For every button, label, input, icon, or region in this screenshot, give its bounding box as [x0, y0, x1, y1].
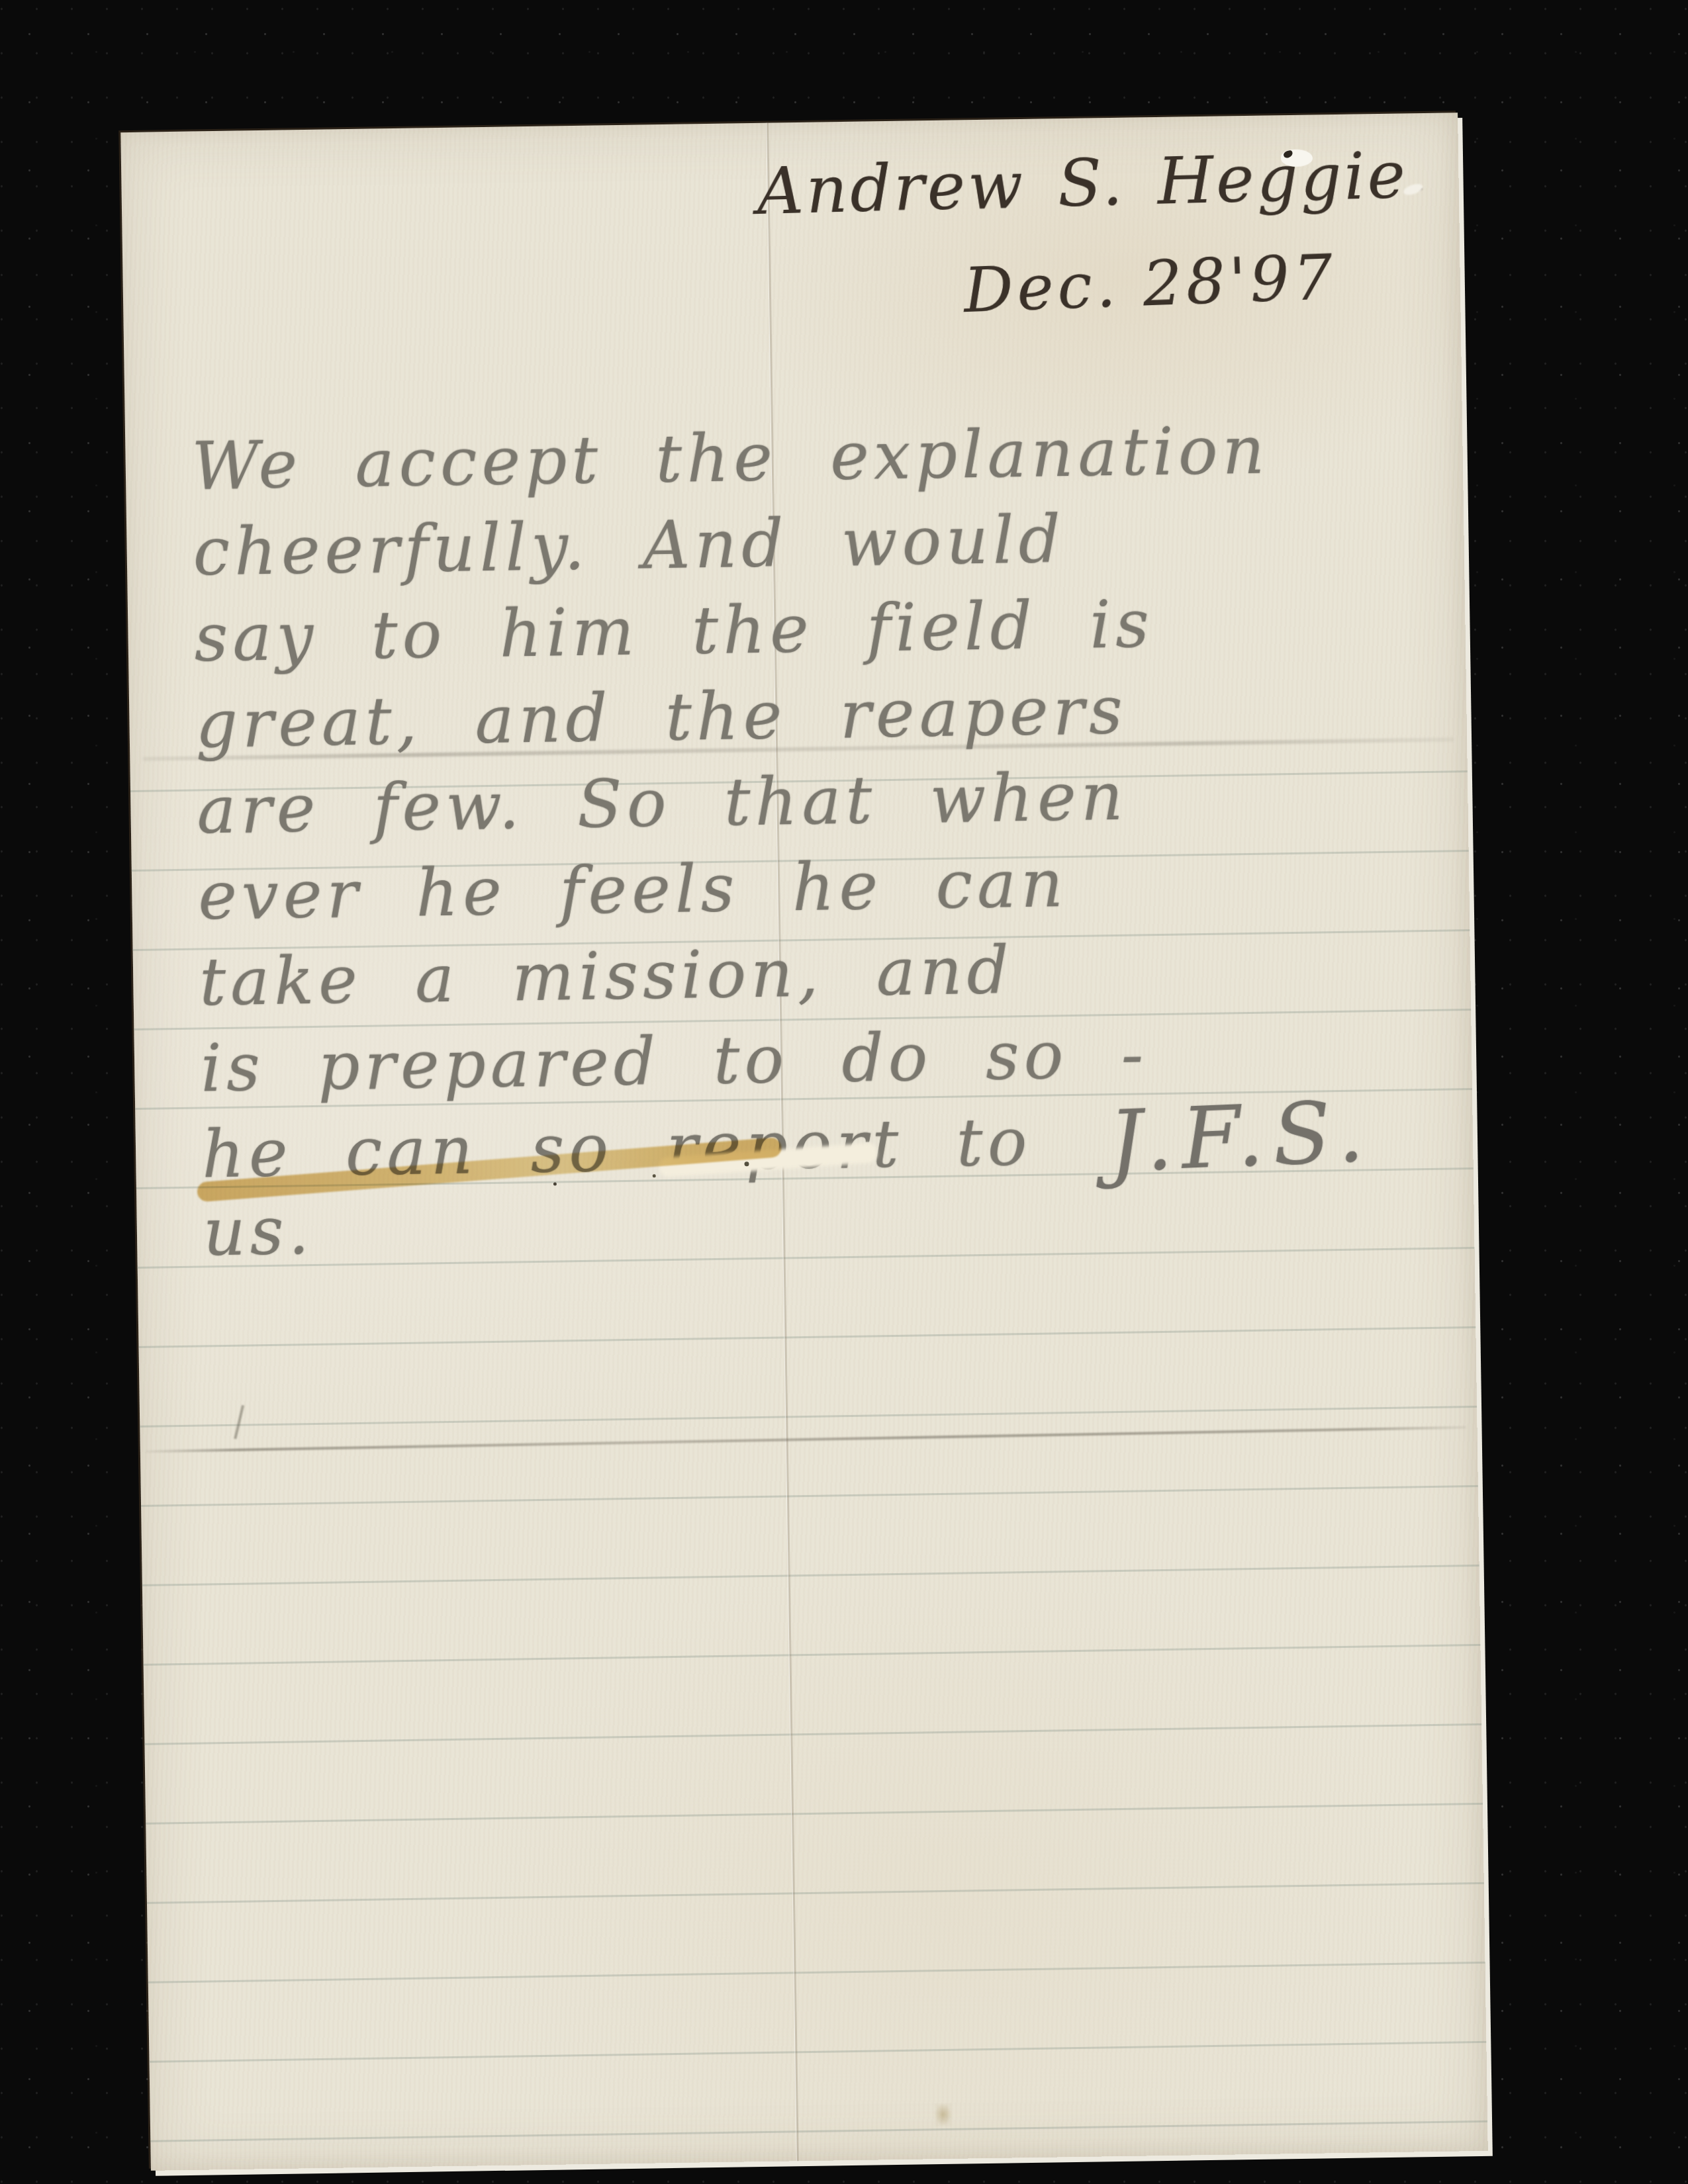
body-line-3: say to him the field is [194, 582, 1154, 682]
annotation-name: Andrew S. Heggie [756, 138, 1409, 229]
body-line-7: take a mission, and [199, 928, 1013, 1026]
body-line-4: great, and the reapers [195, 668, 1128, 768]
annotation-date: Dec. 28'97 [962, 242, 1338, 326]
body-line-2: cheerfully. And would [193, 497, 1066, 596]
body-line-6: ever he feels he can [197, 841, 1068, 940]
bottom-edge-smudge [935, 2103, 953, 2126]
body-line-10: us. [203, 1189, 314, 1276]
body-line-1: We accept the explanation [191, 408, 1270, 510]
body-line-5: are few. So that when [197, 754, 1129, 854]
tape-stain-specks [553, 1183, 557, 1186]
signature-initials: J.F.S. [1107, 1082, 1375, 1191]
letter-paper: Andrew S. Heggie Dec. 28'97 We accept th… [120, 113, 1487, 2171]
body-line-8: is prepared to do so - [200, 1012, 1149, 1112]
